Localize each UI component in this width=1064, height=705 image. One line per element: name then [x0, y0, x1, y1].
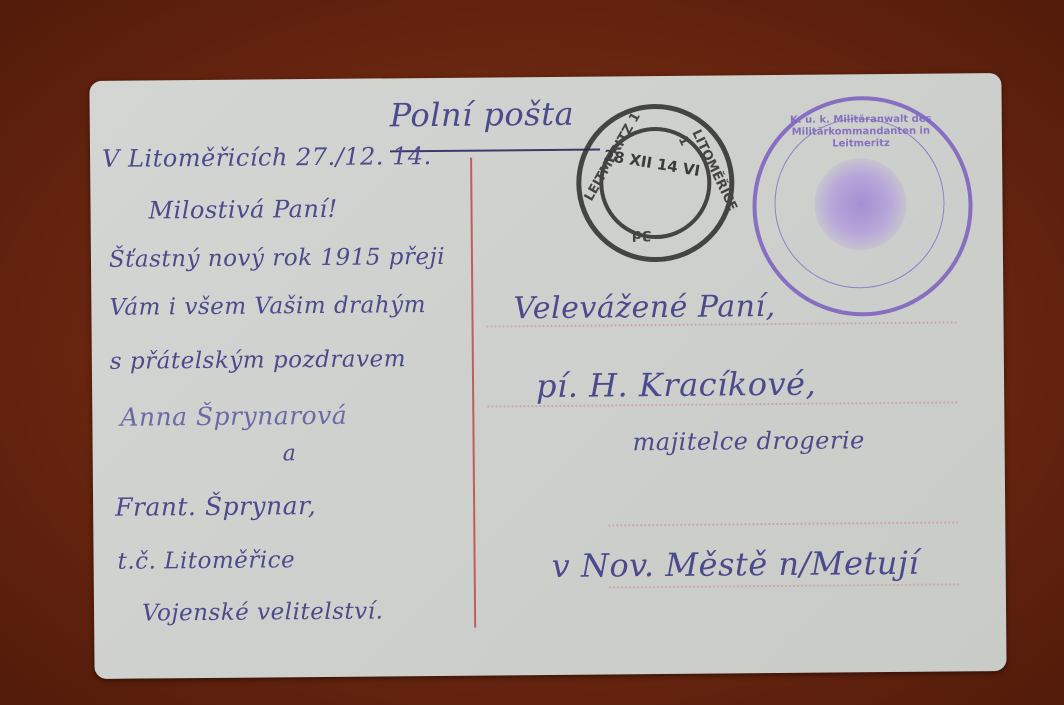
address-line-3: majitelce drogerie	[632, 426, 864, 456]
message-place-date: V Litoměřicích 27./12. 14.	[102, 142, 432, 173]
seal-text: K. u. k. Militäranwalt des Militärkomman…	[776, 114, 946, 151]
address-line-1: Velevážené Paní,	[513, 289, 775, 326]
signature-location: t.č. Litoměřice	[117, 547, 295, 575]
postcard: Polní pošta V Litoměřicích 27./12. 14. M…	[89, 73, 1006, 679]
signature-conjunction: a	[283, 441, 297, 466]
address-line-4: v Nov. Městě n/Metují	[551, 544, 919, 585]
address-rule-3	[608, 521, 958, 526]
signature-command: Vojenské velitelství.	[142, 598, 384, 626]
message-line-2: Vám i všem Vašim drahým	[109, 292, 426, 321]
margin-divider-line	[470, 158, 476, 628]
postmark-stamp: 28 XII 14 VI LEITMERITZ 1 LITOMĚŘICE 1 3…	[576, 103, 735, 262]
address-rule-4	[609, 583, 959, 588]
message-salutation: Milostivá Paní!	[148, 195, 337, 225]
message-line-3: s přátelským pozdravem	[110, 346, 406, 375]
signature-frant: Frant. Šprynar,	[115, 491, 316, 522]
double-headed-eagle-icon	[814, 158, 907, 251]
header-polni-posta: Polní pošta	[390, 95, 575, 135]
message-line-1: Šťastný nový rok 1915 přeji	[109, 244, 445, 273]
signature-anna: Anna Šprynarová	[120, 401, 347, 432]
military-seal-stamp: K. u. k. Militäranwalt des Militärkomman…	[752, 95, 974, 317]
address-line-2: pí. H. Kracíkové,	[536, 365, 816, 405]
postmark-code: 3d	[632, 227, 652, 243]
